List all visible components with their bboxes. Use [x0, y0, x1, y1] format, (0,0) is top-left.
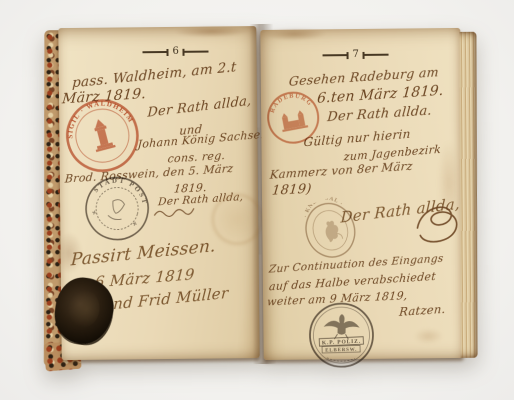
page-header: 6: [142, 47, 208, 58]
handwriting-line: pass. Waldheim, am 2.t: [72, 59, 237, 91]
page-edges: [459, 32, 477, 358]
page-number: 6: [172, 47, 178, 57]
castle-emblem-icon: [279, 109, 308, 132]
ornament-line: [183, 51, 209, 53]
stain: [174, 25, 248, 38]
stamp-text: ELBERSW.: [325, 348, 357, 354]
ornament-line: [323, 54, 349, 56]
page-number: 7: [352, 50, 358, 60]
handwriting-line: 6 März 1819: [94, 265, 195, 291]
photograph-background: 6 pass. Waldheim, am 2.t März 1819. Der …: [0, 0, 514, 400]
handwriting-line: Der Rath allda.: [327, 103, 433, 125]
stain: [413, 328, 443, 344]
handwriting-line: 1819): [271, 182, 312, 199]
lion-emblem-icon: [322, 219, 343, 244]
tower-emblem-icon: [88, 117, 115, 152]
ink-squiggle: [152, 205, 199, 221]
radeburg-red-seal-stamp: RADEBURG: [261, 85, 326, 150]
handwriting-line: Ratzen.: [399, 302, 446, 319]
polizei-eagle-stamp: K.P. POLIZ. ELBERSW.: [307, 300, 377, 370]
handwriting-line: Der Rath allda,: [147, 94, 252, 121]
eagle-emblem-icon: [323, 314, 360, 340]
stamp-banner: K.P. POLIZ.: [319, 337, 363, 347]
handwriting-line: Kammerz von 8er März: [269, 159, 413, 182]
ornament-line: [363, 54, 389, 56]
open-passport-book: 6 pass. Waldheim, am 2.t März 1819. Der …: [44, 20, 480, 371]
stain: [262, 27, 326, 41]
left-page: 6 pass. Waldheim, am 2.t März 1819. Der …: [58, 26, 259, 360]
ornament-line: [142, 51, 168, 53]
right-page: 7 Gesehen Radeburg am 6.ten März 1819. D…: [260, 28, 463, 360]
page-header: 7: [322, 50, 388, 61]
stamp-banner: ELBERSW.: [322, 345, 360, 353]
